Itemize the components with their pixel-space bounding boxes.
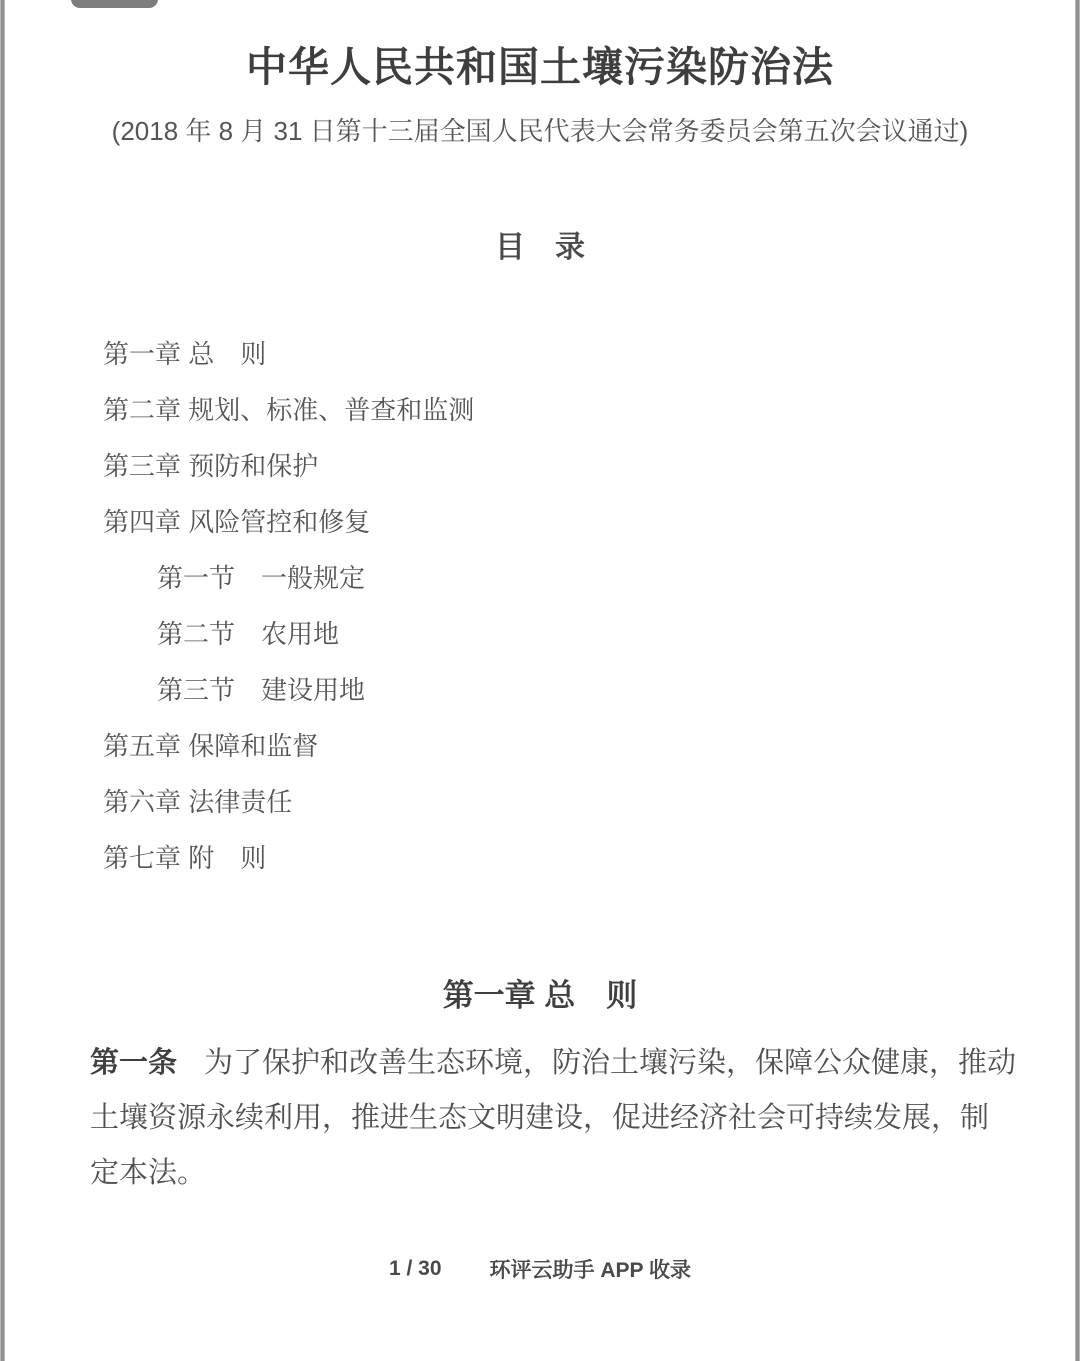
toc-item: 第五章 保障和监督	[0, 718, 1080, 774]
toc-item: 第三章 预防和保护	[0, 438, 1080, 494]
paragraph-line: 第一条为了保护和改善生态环境，防治土壤污染，保障公众健康，推动	[90, 1036, 990, 1091]
document-page: 中华人民共和国土壤污染防治法 (2018 年 8 月 31 日第十三届全国人民代…	[0, 0, 1080, 1361]
toc-item: 第一节 一般规定	[0, 550, 1080, 606]
top-left-tab[interactable]	[71, 0, 158, 8]
toc-item: 第四章 风险管控和修复	[0, 494, 1080, 550]
toc-heading: 目 录	[20, 222, 1060, 266]
toc-item: 第一章 总 则	[0, 326, 1080, 382]
article-paragraph: 第一条为了保护和改善生态环境，防治土壤污染，保障公众健康，推动 土壤资源永续利用…	[90, 1036, 990, 1201]
toc-item: 第六章 法律责任	[0, 774, 1080, 830]
article-number-label: 第一条	[90, 1047, 177, 1079]
toc-item: 第二章 规划、标准、普查和监测	[0, 382, 1080, 438]
page-footer: 1 / 30 环评云助手 APP 收录	[0, 1254, 1080, 1284]
paragraph-line: 定本法。	[90, 1146, 990, 1201]
app-source-note: 环评云助手 APP 收录	[490, 1254, 691, 1284]
toc-item: 第二节 农用地	[0, 606, 1080, 662]
toc-item: 第七章 附 则	[0, 830, 1080, 886]
page-indicator: 1 / 30	[389, 1257, 442, 1281]
toc-list: 第一章 总 则 第二章 规划、标准、普查和监测 第三章 预防和保护 第四章 风险…	[0, 326, 1080, 886]
paragraph-text: 为了保护和改善生态环境，防治土壤污染，保障公众健康，推动	[204, 1047, 1016, 1079]
chapter-heading: 第一章 总 则	[20, 970, 1060, 1015]
document-subtitle: (2018 年 8 月 31 日第十三届全国人民代表大会常务委员会第五次会议通过…	[20, 111, 1060, 148]
paragraph-line: 土壤资源永续利用，推进生态文明建设，促进经济社会可持续发展，制	[90, 1091, 990, 1146]
toc-item: 第三节 建设用地	[0, 662, 1080, 718]
document-title: 中华人民共和国土壤污染防治法	[20, 34, 1060, 93]
